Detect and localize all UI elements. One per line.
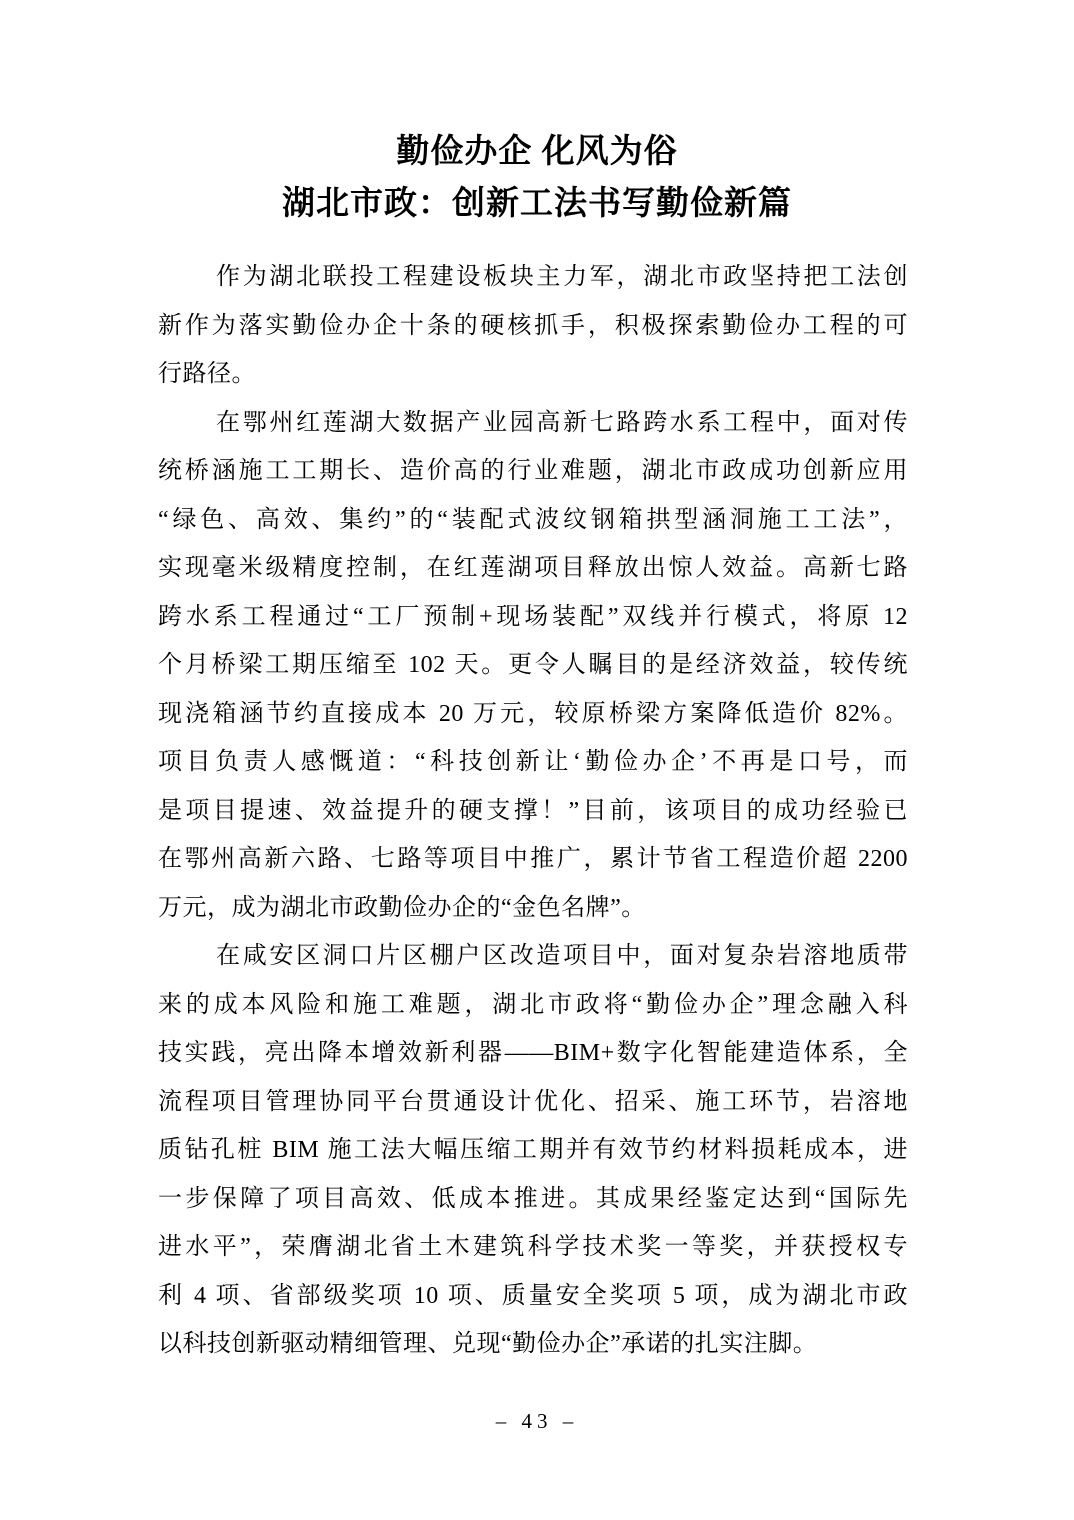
body-line: 一步保障了项目高效、低成本推进。其成果经鉴定达到“国际先 xyxy=(158,1175,908,1224)
document-page: 勤俭办企 化风为俗 湖北市政：创新工法书写勤俭新篇 作为湖北联投工程建设板块主力… xyxy=(0,0,1074,1520)
body-line: 实现毫米级精度控制，在红莲湖项目释放出惊人效益。高新七路 xyxy=(158,544,908,593)
body-line: 万元，成为湖北市政勤俭办企的“金色名牌”。 xyxy=(158,884,908,933)
body-line: 来的成本风险和施工难题，湖北市政将“勤俭办企”理念融入科 xyxy=(158,981,908,1030)
title-line-1: 勤俭办企 化风为俗 xyxy=(0,126,1074,178)
body-line: 在咸安区洞口片区棚户区改造项目中，面对复杂岩溶地质带 xyxy=(158,932,908,981)
page-number: – 43 – xyxy=(0,1406,1074,1436)
body-line: 流程项目管理协同平台贯通设计优化、招采、施工环节，岩溶地 xyxy=(158,1078,908,1127)
body-line: 行路径。 xyxy=(158,350,908,399)
body-line: 统桥涵施工工期长、造价高的行业难题，湖北市政成功创新应用 xyxy=(158,447,908,496)
body-line: 在鄂州红莲湖大数据产业园高新七路跨水系工程中，面对传 xyxy=(158,399,908,448)
article-body: 作为湖北联投工程建设板块主力军，湖北市政坚持把工法创新作为落实勤俭办企十条的硬核… xyxy=(158,253,908,1369)
body-line: 是项目提速、效益提升的硬支撑！”目前，该项目的成功经验已 xyxy=(158,787,908,836)
body-line: 作为湖北联投工程建设板块主力军，湖北市政坚持把工法创 xyxy=(158,253,908,302)
body-line: 以科技创新驱动精细管理、兑现“勤俭办企”承诺的扎实注脚。 xyxy=(158,1320,908,1369)
body-line: 进水平”，荣膺湖北省土木建筑科学技术奖一等奖，并获授权专 xyxy=(158,1223,908,1272)
body-line: 新作为落实勤俭办企十条的硬核抓手，积极探索勤俭办工程的可 xyxy=(158,302,908,351)
body-line: 利 4 项、省部级奖项 10 项、质量安全奖项 5 项，成为湖北市政 xyxy=(158,1272,908,1321)
body-line: 技实践，亮出降本增效新利器——BIM+数字化智能建造体系，全 xyxy=(158,1029,908,1078)
body-line: 项目负责人感慨道：“科技创新让‘勤俭办企’不再是口号，而 xyxy=(158,738,908,787)
body-line: “绿色、高效、集约”的“装配式波纹钢箱拱型涵洞施工工法”， xyxy=(158,496,908,545)
body-line: 现浇箱涵节约直接成本 20 万元，较原桥梁方案降低造价 82%。 xyxy=(158,690,908,739)
document-title: 勤俭办企 化风为俗 湖北市政：创新工法书写勤俭新篇 xyxy=(0,126,1074,230)
body-line: 质钻孔桩 BIM 施工法大幅压缩工期并有效节约材料损耗成本，进 xyxy=(158,1126,908,1175)
title-line-2: 湖北市政：创新工法书写勤俭新篇 xyxy=(0,178,1074,230)
body-line: 个月桥梁工期压缩至 102 天。更令人瞩目的是经济效益，较传统 xyxy=(158,641,908,690)
body-line: 跨水系工程通过“工厂预制+现场装配”双线并行模式，将原 12 xyxy=(158,593,908,642)
body-line: 在鄂州高新六路、七路等项目中推广，累计节省工程造价超 2200 xyxy=(158,835,908,884)
